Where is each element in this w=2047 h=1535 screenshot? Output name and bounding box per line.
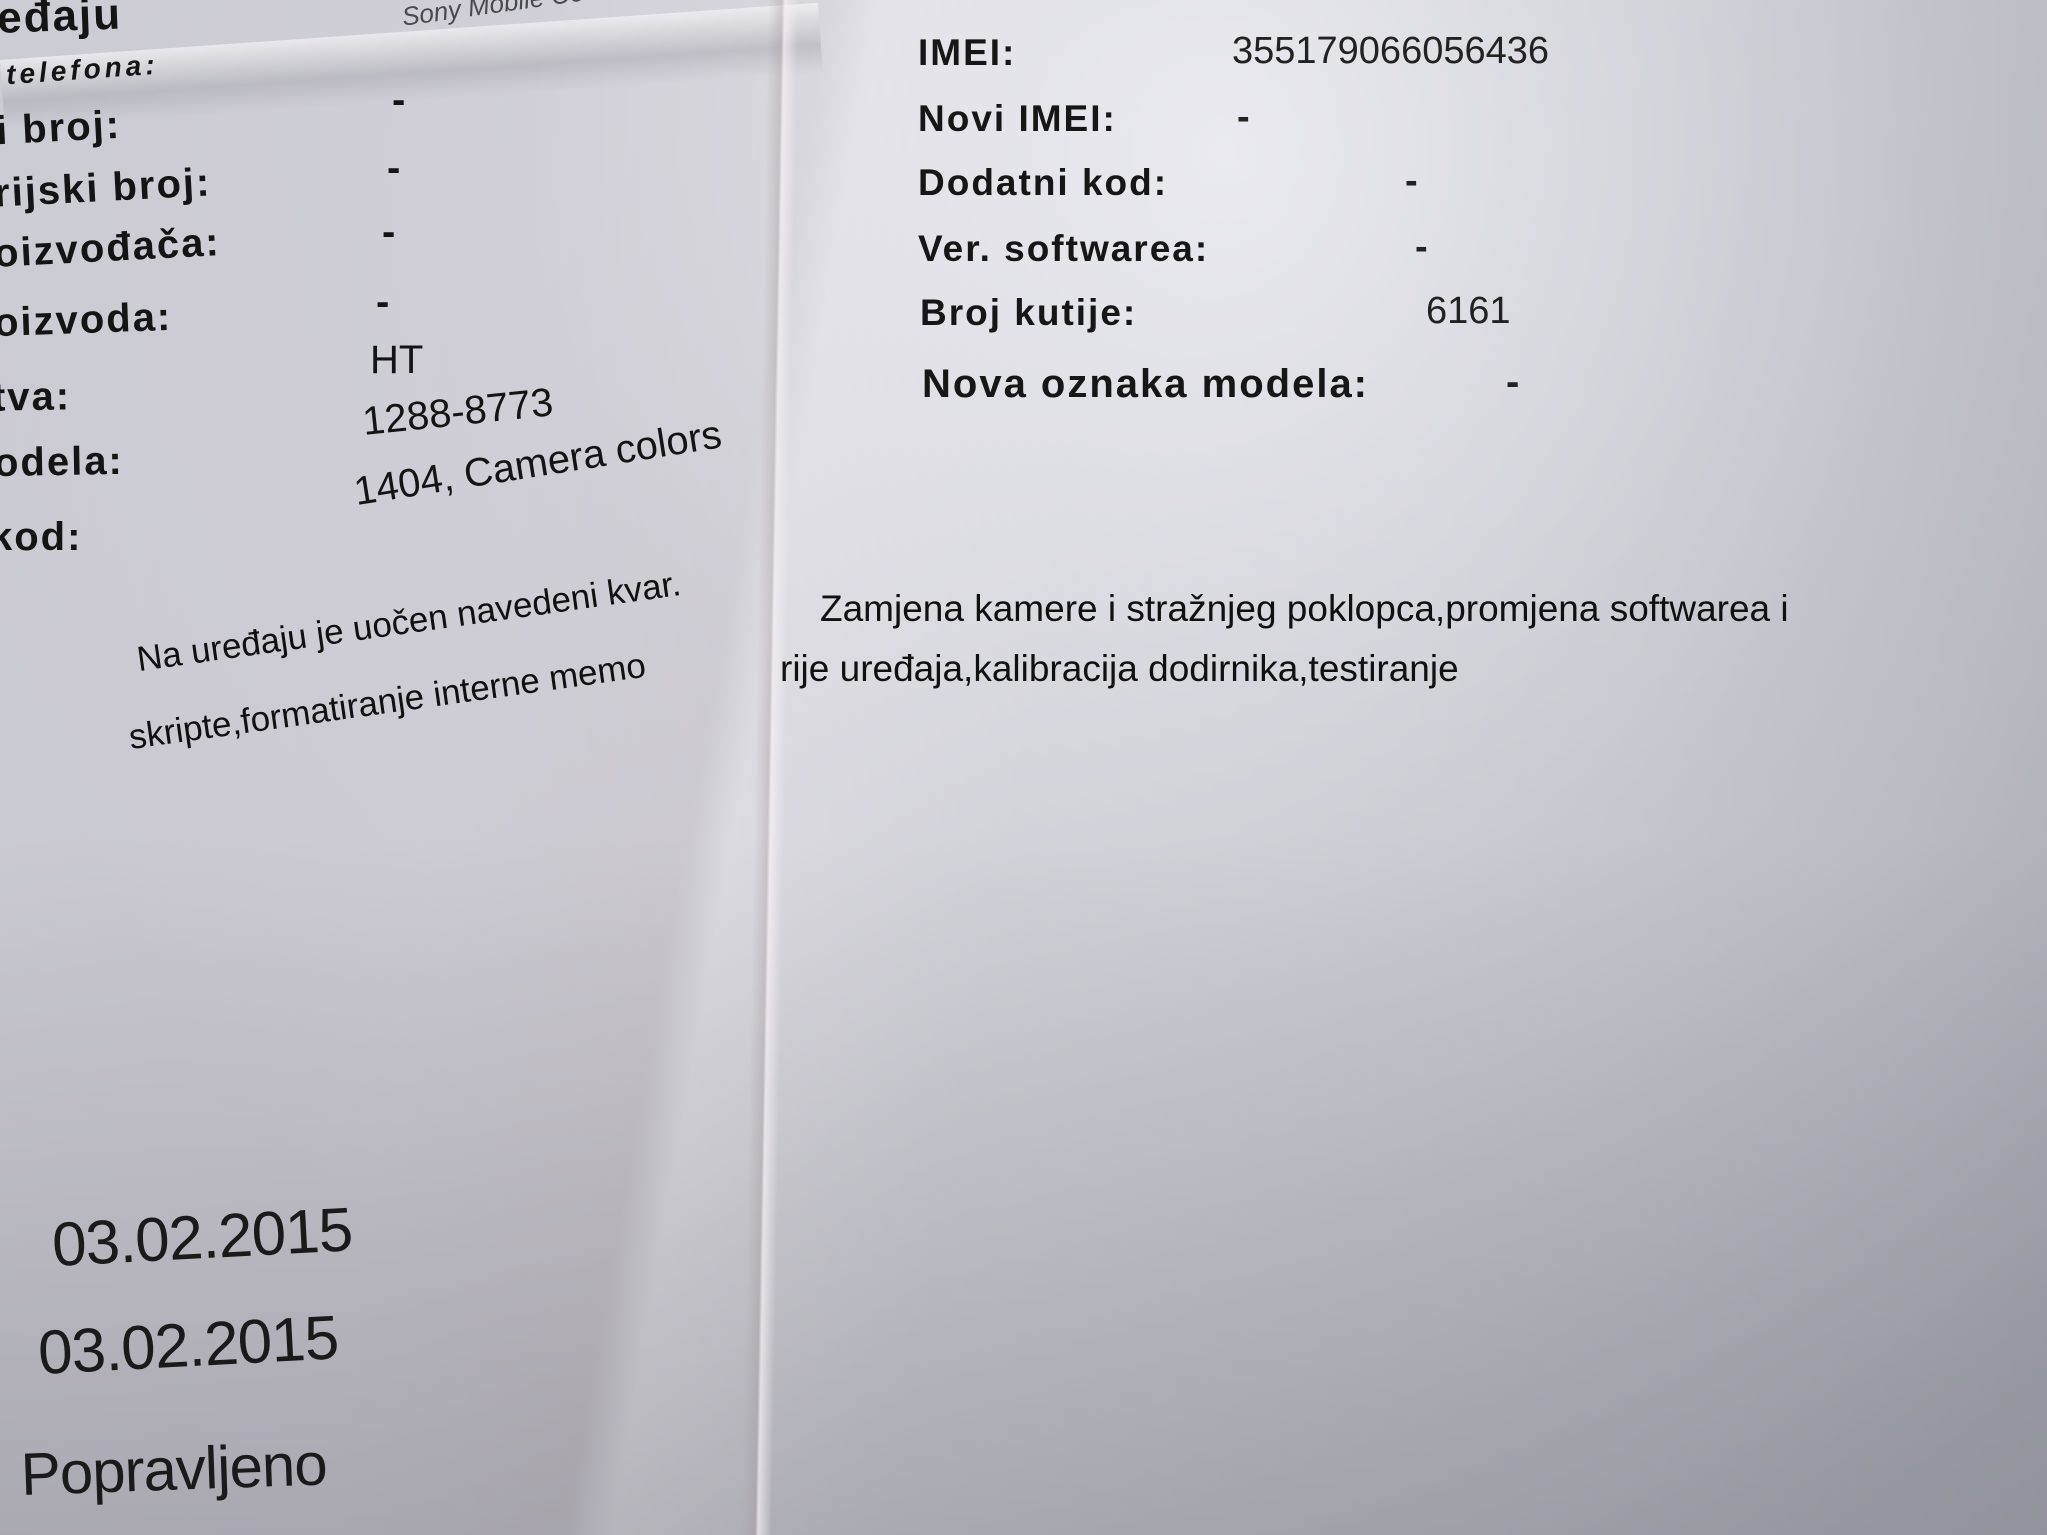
label-number: i broj: <box>0 103 122 154</box>
value-serial-number: - <box>387 146 400 191</box>
label-code: kod: <box>0 515 82 560</box>
repair-description-line1-right: Zamjena kamere i stražnjeg poklopca,prom… <box>820 588 1789 630</box>
value-additional-code: - <box>1405 160 1418 203</box>
label-ownership: tva: <box>0 374 72 420</box>
label-software-version: Ver. softwarea: <box>918 228 1209 270</box>
value-imei: 355179066056436 <box>1232 30 1549 73</box>
value-box-number: 6161 <box>1426 290 1511 333</box>
value-software-version: - <box>1415 226 1428 269</box>
label-imei: IMEI: <box>918 32 1016 74</box>
label-product: oizvoda: <box>0 295 173 346</box>
section-header-fragment: ređaju <box>0 0 123 44</box>
repair-status: Popravljeno <box>20 1429 328 1509</box>
label-new-imei: Novi IMEI: <box>918 98 1117 140</box>
value-new-imei: - <box>1237 96 1250 139</box>
value-ownership: HT <box>370 338 423 383</box>
label-model: odela: <box>0 439 124 486</box>
value-new-model-designation: - <box>1506 360 1519 405</box>
label-box-number: Broj kutije: <box>920 292 1137 334</box>
value-number: - <box>392 78 405 123</box>
repair-description-line2-right: rije uređaja,kalibracija dodirnika,testi… <box>780 648 1459 690</box>
value-manufacturer: - <box>382 210 395 255</box>
value-product: - <box>376 280 389 325</box>
label-additional-code: Dodatni kod: <box>918 162 1168 204</box>
label-new-model-designation: Nova oznaka modela: <box>922 362 1369 407</box>
